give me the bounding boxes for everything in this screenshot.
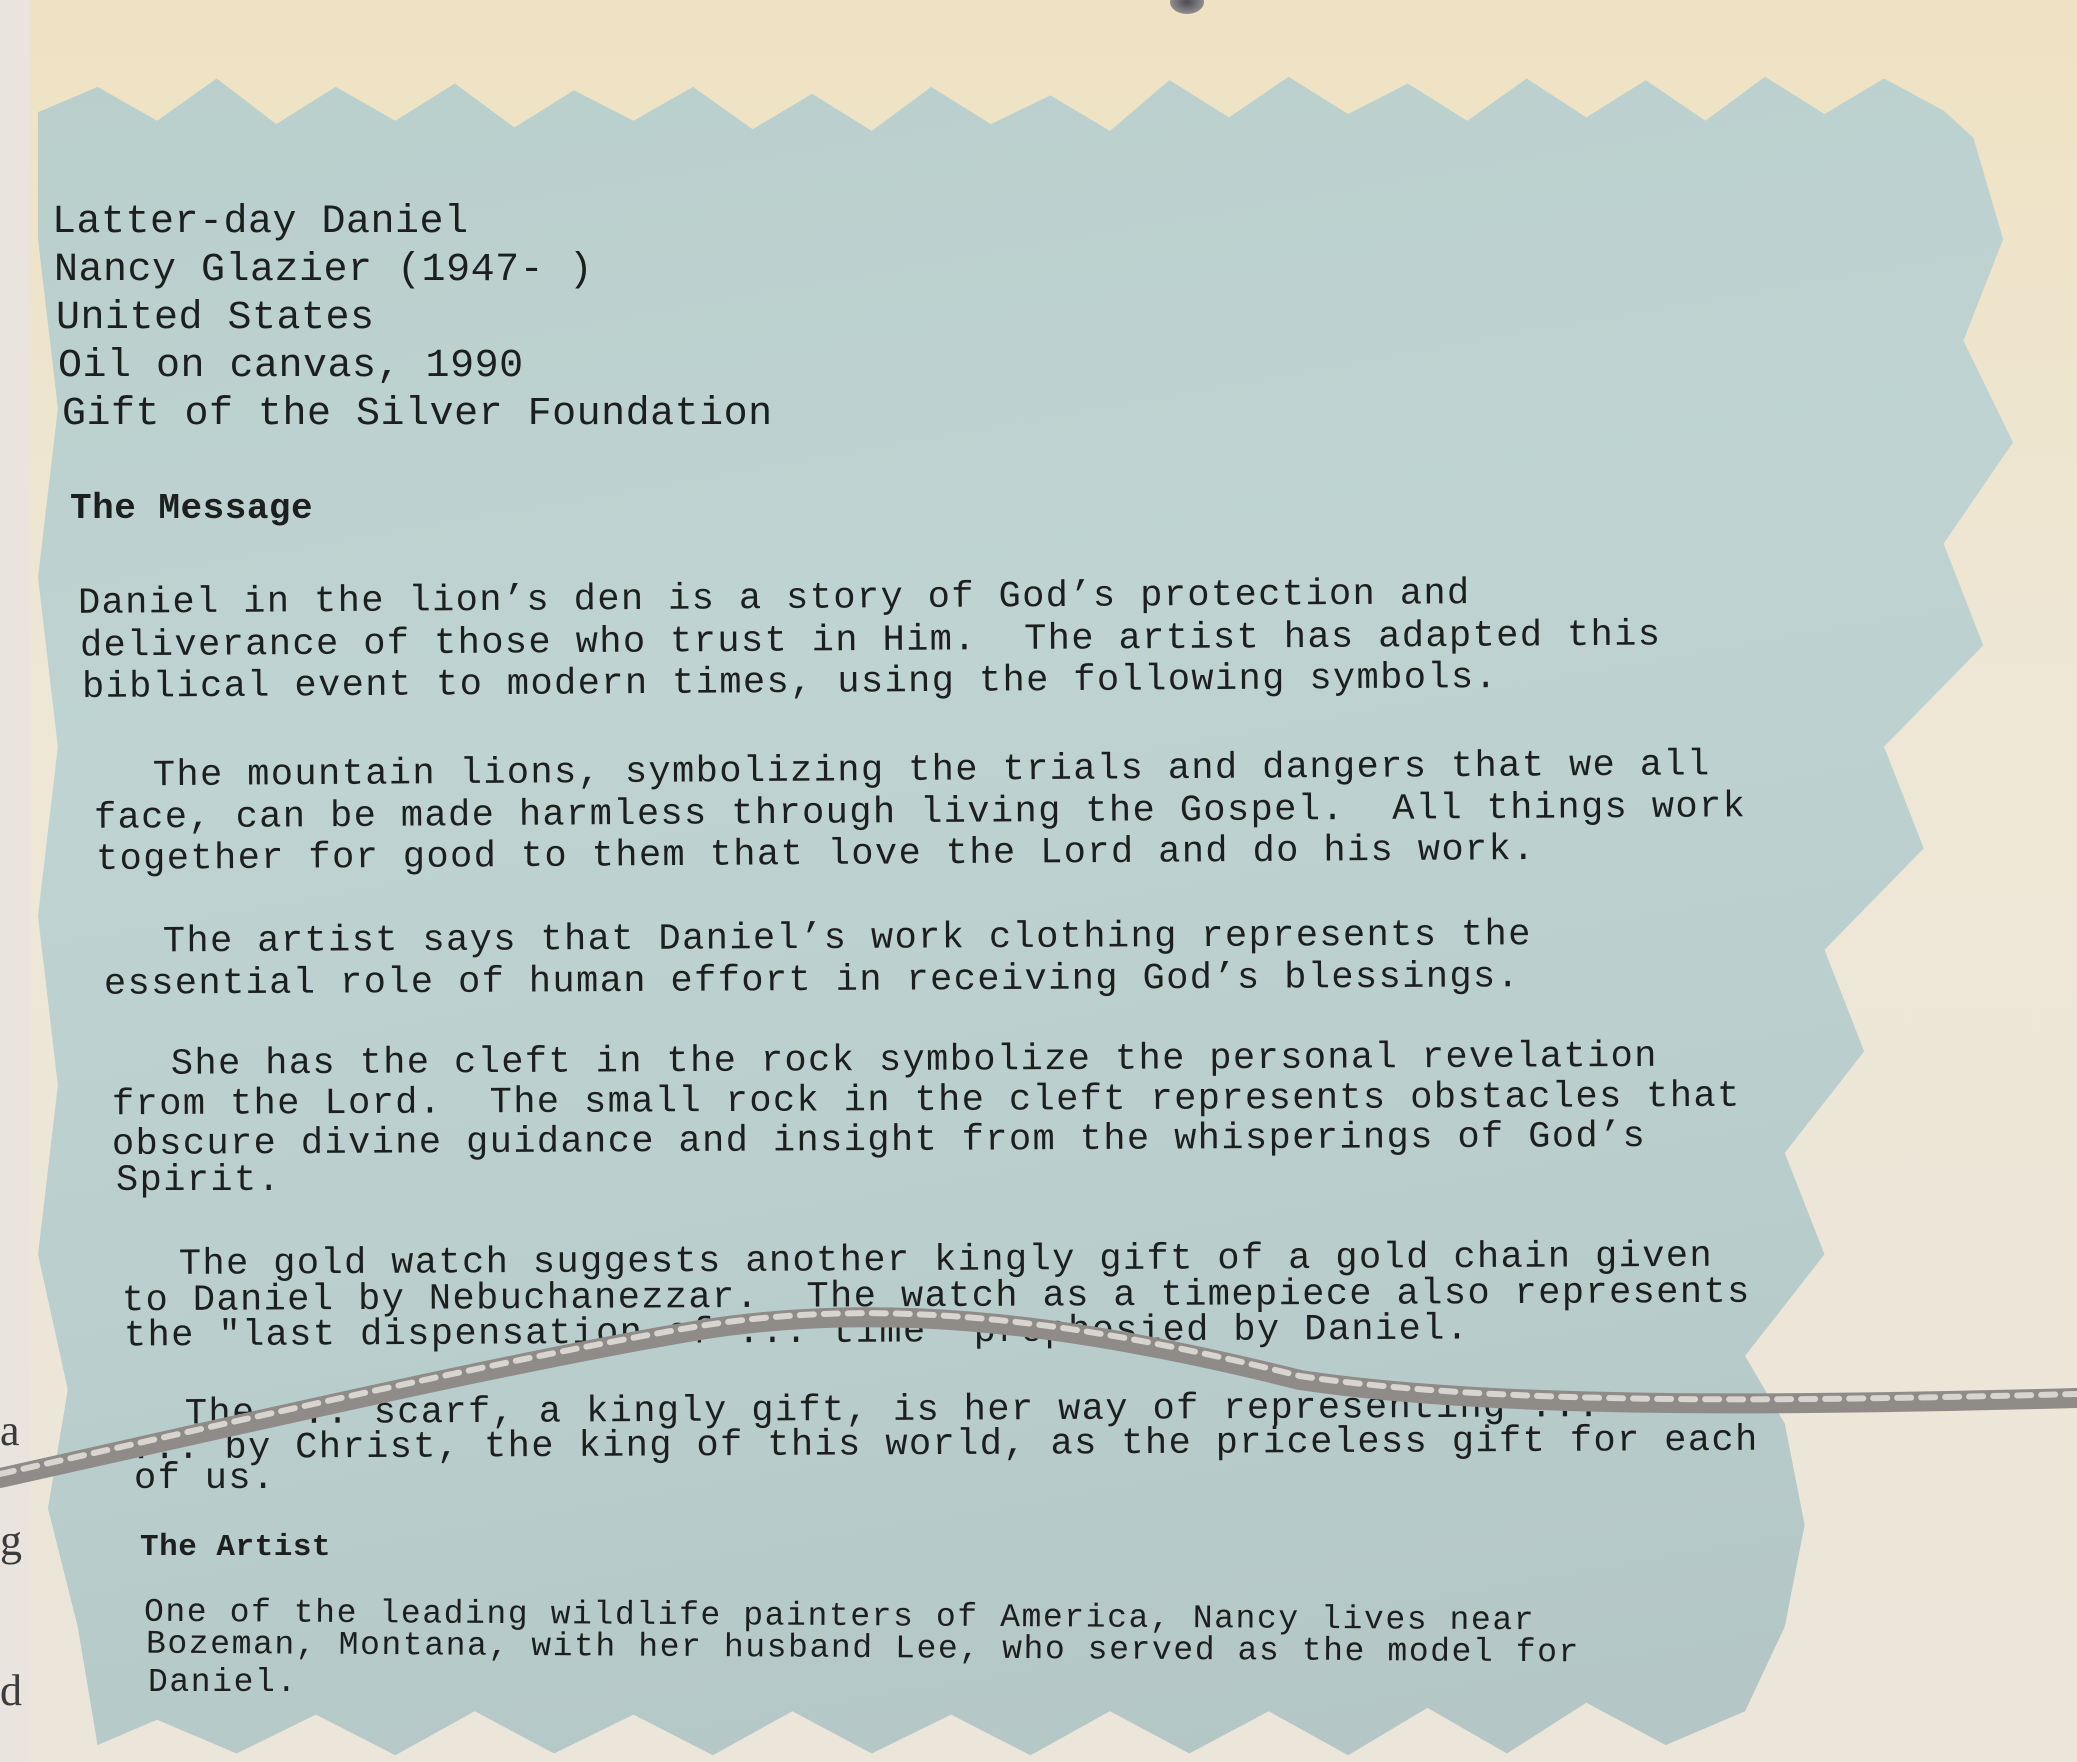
label-text: Latter-day Daniel Nancy Glazier (1947- )… bbox=[0, 0, 2077, 1762]
artist-country: United States bbox=[56, 296, 375, 341]
paragraph-line: together for good to them that love the … bbox=[96, 829, 1536, 881]
medium-date: Oil on canvas, 1990 bbox=[58, 344, 524, 389]
artist-bio-line: Bozeman, Montana, with her husband Lee, … bbox=[146, 1626, 1580, 1672]
paragraph-line: essential role of human effort in receiv… bbox=[104, 956, 1520, 1005]
paragraph-line: biblical event to modern times, using th… bbox=[82, 657, 1498, 709]
artist-bio-line: Daniel. bbox=[148, 1664, 298, 1701]
paragraph-line: Spirit. bbox=[116, 1160, 281, 1202]
paragraph-line: the "last dispensation of ... time" prop… bbox=[124, 1308, 1470, 1357]
paragraph-line: The artist says that Daniel’s work cloth… bbox=[92, 914, 1532, 964]
paragraph-line: ... by Christ, the king of this world, a… bbox=[130, 1420, 1759, 1471]
credit-line: Gift of the Silver Foundation bbox=[62, 392, 773, 437]
message-heading: The Message bbox=[70, 488, 313, 529]
paragraph-line: obscure divine guidance and insight from… bbox=[112, 1116, 1646, 1166]
artist-name: Nancy Glazier (1947- ) bbox=[54, 248, 593, 293]
artwork-title: Latter-day Daniel bbox=[52, 200, 469, 245]
paragraph-line: of us. bbox=[134, 1458, 276, 1500]
artist-heading: The Artist bbox=[140, 1530, 331, 1565]
